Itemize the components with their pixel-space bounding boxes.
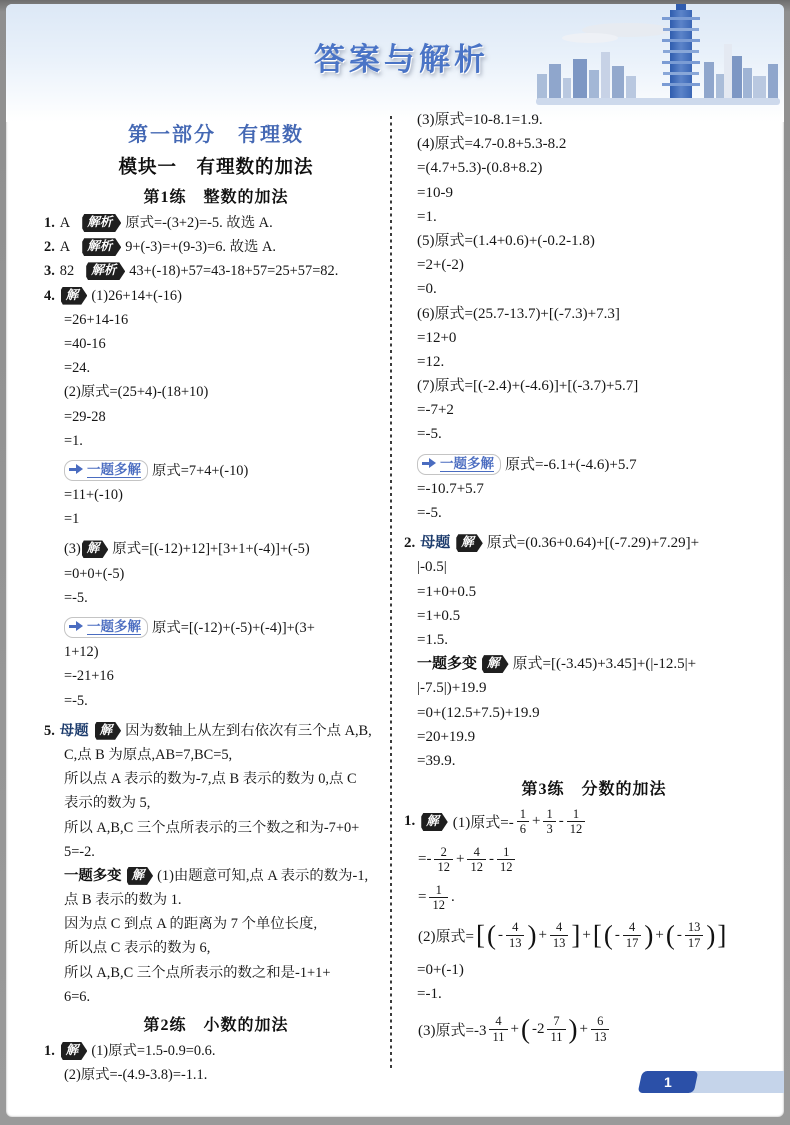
math-text: =12. <box>417 354 444 370</box>
math-text: 点 B 表示的数为 1. <box>64 892 182 908</box>
section-title: 第3练 分数的加法 <box>404 776 784 799</box>
math-text: (3)原式=10-8.1=1.9. <box>417 112 543 128</box>
solution-line: =-5. <box>404 422 784 446</box>
fraction-denominator: 13 <box>506 935 525 950</box>
solution-line: =26+14-16 <box>44 308 388 332</box>
math-text: =0+(12.5+7.5)+19.9 <box>417 705 540 721</box>
fraction: 413 <box>550 920 569 950</box>
math-text: (6)原式=(25.7-13.7)+[(-7.3)+7.3] <box>417 306 620 322</box>
fraction-denominator: 12 <box>467 859 486 874</box>
bracket: ( <box>666 922 675 949</box>
solution-line: =29-28 <box>44 405 388 429</box>
solution-line: =1+0.5 <box>404 604 784 628</box>
fraction-denominator: 11 <box>547 1029 565 1044</box>
solution-line: 所以点 A 表示的数为-7,点 B 表示的数为 0,点 C <box>44 767 388 791</box>
right-column: (3)原式=10-8.1=1.9.(4)原式=4.7-0.8+5.3-8.2=(… <box>404 108 784 1099</box>
fraction-denominator: 13 <box>591 1029 610 1044</box>
module-title: 模块一 有理数的加法 <box>44 153 388 179</box>
solution-line: =-7+2 <box>404 398 784 422</box>
solution-line: (3)原式=10-8.1=1.9. <box>404 108 784 132</box>
math-text: 5=-2. <box>64 844 95 860</box>
math-text: =-1. <box>417 986 442 1002</box>
answer-value: A <box>60 215 70 231</box>
solution-line: =112. <box>404 883 784 913</box>
fraction-numerator: 4 <box>626 920 638 934</box>
section-title: 第1练 整数的加法 <box>44 184 388 207</box>
solution-line: =12+0 <box>404 326 784 350</box>
page-number-box: 1 <box>638 1071 699 1093</box>
math-text: 因为点 C 到点 A 的距离为 7 个单位长度, <box>64 916 317 932</box>
math-text: (5)原式=(1.4+0.6)+(-0.2-1.8) <box>417 233 595 249</box>
fraction-denominator: 12 <box>497 859 516 874</box>
solution-line: =12. <box>404 350 784 374</box>
fraction: 212 <box>434 845 453 875</box>
solution-line: (3)解原式=[(-12)+12]+[3+1+(-4)]+(-5) <box>44 537 388 561</box>
solution-line: 1.解(1)原式=1.5-0.9=0.6. <box>44 1039 388 1063</box>
item-number: 1. <box>44 1043 55 1059</box>
math-text: =39.9. <box>417 753 455 769</box>
solution-line: =1.5. <box>404 628 784 652</box>
arrow-icon <box>69 464 84 475</box>
fraction-numerator: 2 <box>438 845 450 859</box>
solution-line: (5)原式=(1.4+0.6)+(-0.2-1.8) <box>404 229 784 253</box>
fraction-denominator: 13 <box>550 935 569 950</box>
fraction: 13 <box>543 807 555 837</box>
item-number: 5. <box>44 723 55 739</box>
solution-line: 3.82解析43+(-18)+57=43-18+57=25+57=82. <box>44 259 388 283</box>
solution-line: =-1. <box>404 982 784 1006</box>
math-text: =(4.7+5.3)-(0.8+8.2) <box>417 160 542 176</box>
item-number: 2. <box>404 535 415 551</box>
fraction: 112 <box>429 883 448 913</box>
solution-line: =20+19.9 <box>404 725 784 749</box>
solution-line: =-5. <box>404 501 784 525</box>
solution-line: =-212+412-112 <box>404 845 784 875</box>
solution-line: =1+0+0.5 <box>404 580 784 604</box>
solution-line: 所以 A,B,C 三个点所表示的三个数之和为-7+0+ <box>44 816 388 840</box>
fraction: 112 <box>497 845 516 875</box>
fraction: 1317 <box>685 920 704 950</box>
solution-line: =(4.7+5.3)-(0.8+8.2) <box>404 156 784 180</box>
fraction: 711 <box>547 1014 565 1044</box>
section-title: 第2练 小数的加法 <box>44 1012 388 1035</box>
callout-label: 一题多解 <box>87 462 141 478</box>
fraction: 16 <box>517 807 529 837</box>
solution-line: =2+(-2) <box>404 253 784 277</box>
math-text: 9+(-3)=+(9-3)=6. 故选 A. <box>125 239 276 255</box>
math-text: - <box>677 927 682 944</box>
math-text: -2 <box>532 1021 545 1038</box>
fraction-numerator: 6 <box>594 1014 606 1028</box>
page-number: 1 <box>664 1071 672 1093</box>
math-text: 原式=-(3+2)=-5. 故选 A. <box>125 215 272 231</box>
fraction-numerator: 4 <box>553 920 565 934</box>
fraction-numerator: 4 <box>509 920 521 934</box>
bracket: ) <box>644 922 653 949</box>
solution-line: =1. <box>44 429 388 453</box>
jie-badge: 解 <box>482 655 509 673</box>
solution-line: (2)原式=[(-413)+413]+[(-417)+(-1317)] <box>404 920 784 950</box>
math-text: 所以 A,B,C 三个点所表示的三个数之和为-7+0+ <box>64 820 359 836</box>
math-text: =20+19.9 <box>417 729 475 745</box>
math-text: (2)原式= <box>418 925 474 946</box>
math-text: 原式=[(-12)+(-5)+(-4)]+(3+ <box>152 620 315 636</box>
math-text: =1.5. <box>417 632 448 648</box>
math-text: . <box>451 889 455 906</box>
fraction-numerator: 1 <box>543 807 555 821</box>
jie-badge: 解 <box>61 1042 88 1060</box>
solution-line: 所以 A,B,C 三个点所表示的数之和是-1+1+ <box>44 961 388 985</box>
solution-line: 5.母题解因为数轴上从左到右依次有三个点 A,B, <box>44 719 388 743</box>
book-page: 答案与解析 <box>6 4 784 1117</box>
solution-line: 4.解(1)26+14+(-16) <box>44 284 388 308</box>
math-text: 所以 A,B,C 三个点所表示的数之和是-1+1+ <box>64 965 330 981</box>
math-text: =-5. <box>417 505 442 521</box>
math-text: =1. <box>417 209 437 225</box>
item-number: 2. <box>44 239 55 255</box>
math-text: (4)原式=4.7-0.8+5.3-8.2 <box>417 136 566 152</box>
fraction-numerator: 13 <box>685 920 704 934</box>
solution-line: 2.母题解原式=(0.36+0.64)+[(-7.29)+7.29]+ <box>404 531 784 555</box>
solution-line: 1+12) <box>44 640 388 664</box>
math-text: =1+0.5 <box>417 608 460 624</box>
solution-line: 1.解(1)原式=-16+13-112 <box>404 807 784 837</box>
math-text: 1+12) <box>64 644 99 660</box>
math-text: + <box>580 1021 588 1038</box>
fraction-numerator: 4 <box>471 845 483 859</box>
bracket: [ <box>593 922 602 949</box>
solution-line: =0. <box>404 277 784 301</box>
math-text: =0+(-1) <box>417 962 464 978</box>
item-number: 3. <box>44 263 55 279</box>
math-text: =40-16 <box>64 336 106 352</box>
bracket: ] <box>571 922 580 949</box>
fraction-numerator: 7 <box>550 1014 562 1028</box>
solution-line: 因为点 C 到点 A 的距离为 7 个单位长度, <box>44 912 388 936</box>
solution-line: 一题多变解(1)由题意可知,点 A 表示的数为-1, <box>44 864 388 888</box>
math-text: |-7.5|)+19.9 <box>417 680 486 696</box>
page-title: 答案与解析 <box>314 34 489 79</box>
jie-badge: 解 <box>456 534 483 552</box>
math-text: =1 <box>64 511 79 527</box>
solution-line: =-10.7+5.7 <box>404 477 784 501</box>
solution-line: =-5. <box>44 586 388 610</box>
math-text: 表示的数为 5, <box>64 795 150 811</box>
solution-line: =0+(-1) <box>404 958 784 982</box>
solution-line: 点 B 表示的数为 1. <box>44 888 388 912</box>
solution-line: (2)原式=-(4.9-3.8)=-1.1. <box>44 1063 388 1087</box>
jie-badge: 解析 <box>82 238 121 256</box>
math-text: 43+(-18)+57=43-18+57=25+57=82. <box>129 263 338 279</box>
callout-label: 一题多解 <box>87 619 141 635</box>
solution-line: (4)原式=4.7-0.8+5.3-8.2 <box>404 132 784 156</box>
item-number: 4. <box>44 288 55 304</box>
fraction: 613 <box>591 1014 610 1044</box>
bracket: [ <box>476 922 485 949</box>
jie-badge: 解 <box>95 722 122 740</box>
bracket: ) <box>706 922 715 949</box>
solution-line: 一题多解原式=7+4+(-10) <box>44 459 388 483</box>
solution-line: =10-9 <box>404 181 784 205</box>
fraction-denominator: 12 <box>429 897 448 912</box>
math-text: - <box>498 927 503 944</box>
math-text: =-10.7+5.7 <box>417 481 484 497</box>
math-text: C,点 B 为原点,AB=7,BC=5, <box>64 747 232 763</box>
math-text: + <box>655 927 663 944</box>
multi-solution-callout: 一题多解 <box>417 454 501 475</box>
bracket: ( <box>521 1016 530 1043</box>
variant-label: 一题多变 <box>417 656 477 672</box>
fraction: 417 <box>623 920 642 950</box>
math-text: (2)原式=-(4.9-3.8)=-1.1. <box>64 1067 207 1083</box>
math-text: =1. <box>64 433 83 449</box>
math-text: (1)由题意可知,点 A 表示的数为-1, <box>157 868 368 884</box>
math-text: 所以点 C 表示的数为 6, <box>64 940 210 956</box>
math-text: =0. <box>417 281 437 297</box>
fraction: 411 <box>489 1014 507 1044</box>
fraction: 112 <box>567 807 586 837</box>
math-text: =-5. <box>64 590 88 606</box>
math-text: =-7+2 <box>417 402 454 418</box>
math-text: + <box>511 1021 519 1038</box>
math-text: - <box>559 813 564 830</box>
math-text: =24. <box>64 360 90 376</box>
fraction-numerator: 1 <box>517 807 529 821</box>
solution-line: (3)原式=-3411+(-2711)+613 <box>404 1014 784 1044</box>
multi-solution-callout: 一题多解 <box>64 460 148 481</box>
fraction-numerator: 1 <box>500 845 512 859</box>
muti-label: 母题 <box>420 535 450 551</box>
pagoda-tower <box>670 10 692 100</box>
solution-line: =1. <box>404 205 784 229</box>
math-text: + <box>532 813 540 830</box>
math-text: 6=6. <box>64 989 90 1005</box>
variant-label: 一题多变 <box>64 868 122 884</box>
fraction-numerator: 4 <box>492 1014 504 1028</box>
solution-line: |-0.5| <box>404 555 784 579</box>
math-text: =-5. <box>417 426 442 442</box>
math-text: - <box>489 851 494 868</box>
bracket: ) <box>527 922 536 949</box>
math-text: 所以点 A 表示的数为-7,点 B 表示的数为 0,点 C <box>64 771 357 787</box>
math-text: =26+14-16 <box>64 312 128 328</box>
answer-value: A <box>60 239 70 255</box>
solution-line: |-7.5|)+19.9 <box>404 676 784 700</box>
math-text: (3) <box>64 541 81 557</box>
math-text: =1+0+0.5 <box>417 584 476 600</box>
solution-line: =39.9. <box>404 749 784 773</box>
fraction-numerator: 1 <box>570 807 582 821</box>
answer-value: 82 <box>60 263 74 279</box>
solution-line: =0+0+(-5) <box>44 562 388 586</box>
math-text: (3)原式=-3 <box>418 1019 486 1040</box>
solution-line: (7)原式=[(-2.4)+(-4.6)]+[(-3.7)+5.7] <box>404 374 784 398</box>
jie-badge: 解 <box>127 867 154 885</box>
fraction-denominator: 6 <box>517 821 529 836</box>
solution-line: =24. <box>44 356 388 380</box>
solution-line: 表示的数为 5, <box>44 791 388 815</box>
math-text: (1)原式=1.5-0.9=0.6. <box>91 1043 215 1059</box>
solution-line: =11+(-10) <box>44 483 388 507</box>
jie-badge: 解析 <box>86 262 125 280</box>
fraction-denominator: 17 <box>685 935 704 950</box>
page-number-badge: 1 <box>640 1071 784 1093</box>
column-divider <box>390 116 392 1068</box>
skyline-base <box>536 98 780 105</box>
bracket: ] <box>717 922 726 949</box>
multi-solution-callout: 一题多解 <box>64 617 148 638</box>
page-number-bar <box>688 1071 784 1093</box>
solution-line: 5=-2. <box>44 840 388 864</box>
solution-line: 1.A解析原式=-(3+2)=-5. 故选 A. <box>44 211 388 235</box>
solution-line: C,点 B 为原点,AB=7,BC=5, <box>44 743 388 767</box>
math-text: (7)原式=[(-2.4)+(-4.6)]+[(-3.7)+5.7] <box>417 378 638 394</box>
solution-line: 6=6. <box>44 985 388 1009</box>
item-number: 1. <box>44 215 55 231</box>
math-text: =12+0 <box>417 330 456 346</box>
part-title: 第一部分 有理数 <box>44 118 388 147</box>
fraction: 412 <box>467 845 486 875</box>
math-text: =10-9 <box>417 185 453 201</box>
left-column: 第一部分 有理数模块一 有理数的加法第1练 整数的加法1.A解析原式=-(3+2… <box>44 110 388 1087</box>
math-text: 原式=-6.1+(-4.6)+5.7 <box>505 457 637 473</box>
solution-line: 一题多解原式=[(-12)+(-5)+(-4)]+(3+ <box>44 616 388 640</box>
math-text: =0+0+(-5) <box>64 566 124 582</box>
math-text: =-21+16 <box>64 668 114 684</box>
math-text: =- <box>418 851 431 868</box>
solution-line: =1 <box>44 507 388 531</box>
jie-badge: 解 <box>82 540 109 558</box>
fraction-denominator: 17 <box>623 935 642 950</box>
arrow-icon <box>69 621 84 632</box>
math-text: |-0.5| <box>417 559 447 575</box>
math-text: =-5. <box>64 693 88 709</box>
muti-label: 母题 <box>60 723 89 739</box>
solution-line: 所以点 C 表示的数为 6, <box>44 936 388 960</box>
fraction: 413 <box>506 920 525 950</box>
math-text: 因为数轴上从左到右依次有三个点 A,B, <box>125 723 372 739</box>
jie-badge: 解 <box>421 813 448 831</box>
math-text: + <box>538 927 546 944</box>
fraction-denominator: 12 <box>567 821 586 836</box>
solution-line: (2)原式=(25+4)-(18+10) <box>44 380 388 404</box>
math-text: + <box>582 927 590 944</box>
math-text: =11+(-10) <box>64 487 123 503</box>
math-text: 原式=7+4+(-10) <box>152 463 248 479</box>
math-text: 原式=[(-3.45)+3.45]+(|-12.5|+ <box>513 656 697 672</box>
bracket: ( <box>604 922 613 949</box>
jie-badge: 解析 <box>82 214 121 232</box>
solution-line: =0+(12.5+7.5)+19.9 <box>404 701 784 725</box>
math-text: (1)原式=- <box>453 811 514 832</box>
photo-frame: 答案与解析 <box>0 0 790 1125</box>
math-text: = <box>418 889 426 906</box>
math-text: (2)原式=(25+4)-(18+10) <box>64 384 208 400</box>
arrow-icon <box>422 458 437 469</box>
cloud-shape <box>562 33 618 43</box>
solution-line: 一题多变解原式=[(-3.45)+3.45]+(|-12.5|+ <box>404 652 784 676</box>
fraction-numerator: 1 <box>433 883 445 897</box>
solution-line: 2.A解析9+(-3)=+(9-3)=6. 故选 A. <box>44 235 388 259</box>
fraction-denominator: 12 <box>434 859 453 874</box>
solution-line: =-21+16 <box>44 664 388 688</box>
jie-badge: 解 <box>61 287 88 305</box>
solution-line: =-5. <box>44 689 388 713</box>
bracket: ) <box>569 1016 578 1043</box>
math-text: (1)26+14+(-16) <box>91 288 182 304</box>
math-text: =29-28 <box>64 409 106 425</box>
item-number: 1. <box>404 813 415 830</box>
callout-label: 一题多解 <box>440 456 494 472</box>
fraction-denominator: 3 <box>543 821 555 836</box>
solution-line: 一题多解原式=-6.1+(-4.6)+5.7 <box>404 453 784 477</box>
math-text: 原式=(0.36+0.64)+[(-7.29)+7.29]+ <box>487 535 699 551</box>
solution-line: =40-16 <box>44 332 388 356</box>
fraction-denominator: 11 <box>489 1029 507 1044</box>
math-text: - <box>615 927 620 944</box>
math-text: =2+(-2) <box>417 257 464 273</box>
math-text: + <box>456 851 464 868</box>
city-skyline-illustration <box>532 4 782 106</box>
solution-line: (6)原式=(25.7-13.7)+[(-7.3)+7.3] <box>404 302 784 326</box>
math-text: 原式=[(-12)+12]+[3+1+(-4)]+(-5) <box>112 541 309 557</box>
bracket: ( <box>487 922 496 949</box>
